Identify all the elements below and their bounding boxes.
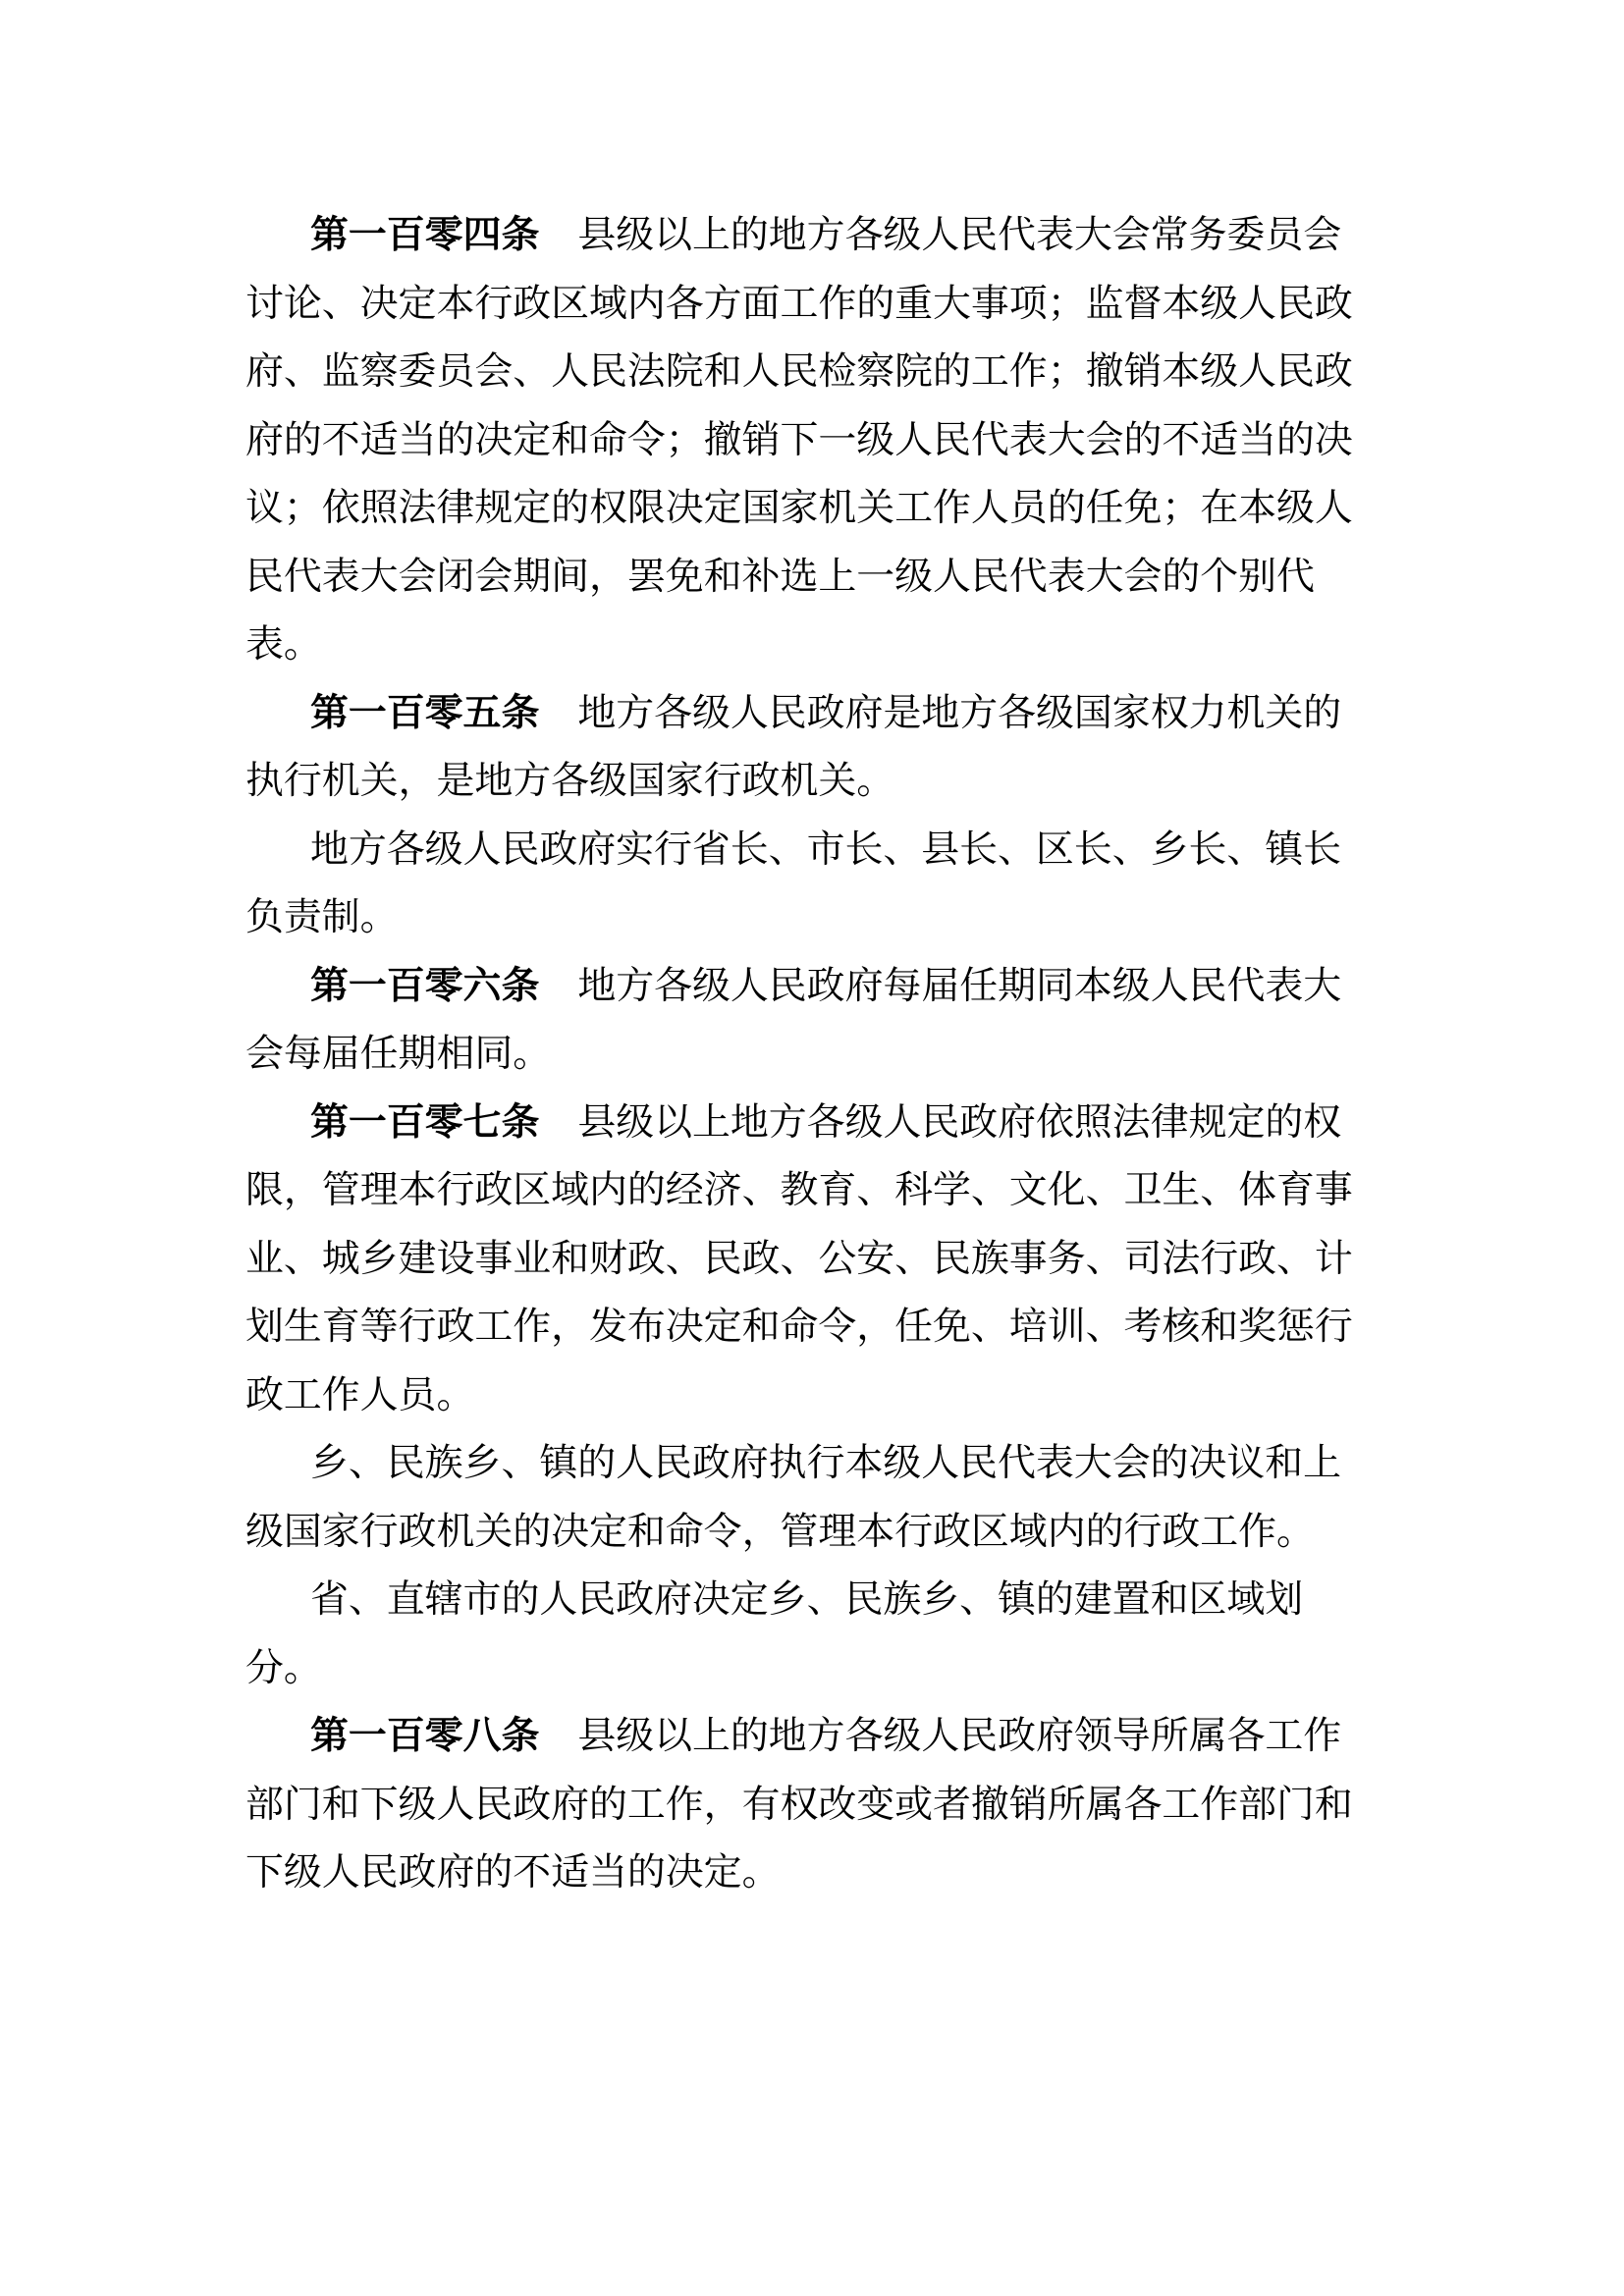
paragraph-first-line: 省、直辖市的人民政府决定乡、民族乡、镇的建置和区域划 — [310, 1566, 1430, 1634]
article-text: 县级以上地方各级人民政府依照法律规定的权 — [577, 1100, 1341, 1145]
article-text-line: 府的不适当的决定和命令；撤销下一级人民代表大会的不适当的决 — [245, 406, 1365, 475]
article-text-line: 业、城乡建设事业和财政、民政、公安、民族事务、司法行政、计 — [245, 1225, 1365, 1294]
article-text-line: 议；依照法律规定的权限决定国家机关工作人员的任免；在本级人 — [245, 474, 1365, 543]
article-text-line: 负责制。 — [245, 883, 1365, 952]
article-104-first-line: 第一百零四条县级以上的地方各级人民代表大会常务委员会 — [310, 201, 1430, 270]
article-108-first-line: 第一百零八条县级以上的地方各级人民政府领导所属各工作 — [310, 1702, 1430, 1771]
article-text-line: 会每届任期相同。 — [245, 1020, 1365, 1089]
paragraph-first-line: 地方各级人民政府实行省长、市长、县长、区长、乡长、镇长 — [310, 816, 1430, 884]
article-text-line: 级国家行政机关的决定和命令，管理本行政区域内的行政工作。 — [245, 1498, 1365, 1567]
article-text-line: 划生育等行政工作，发布决定和命令，任免、培训、考核和奖惩行 — [245, 1293, 1365, 1362]
article-text: 县级以上的地方各级人民政府领导所属各工作 — [577, 1714, 1341, 1758]
article-text: 地方各级人民政府是地方各级国家权力机关的 — [577, 691, 1341, 735]
article-heading: 第一百零六条 — [310, 964, 539, 1008]
article-text-line: 部门和下级人民政府的工作，有权改变或者撤销所属各工作部门和 — [245, 1771, 1365, 1840]
article-text-line: 民代表大会闭会期间，罢免和补选上一级人民代表大会的个别代 — [245, 543, 1365, 612]
article-text-line: 下级人民政府的不适当的决定。 — [245, 1839, 1365, 1907]
article-heading: 第一百零四条 — [310, 213, 539, 257]
article-text: 县级以上的地方各级人民代表大会常务委员会 — [577, 213, 1341, 257]
article-text-line: 执行机关，是地方各级国家行政机关。 — [245, 747, 1365, 816]
article-text-line: 表。 — [245, 611, 1365, 679]
article-105-first-line: 第一百零五条地方各级人民政府是地方各级国家权力机关的 — [310, 679, 1430, 748]
article-heading: 第一百零七条 — [310, 1100, 539, 1145]
document-page: 第一百零四条县级以上的地方各级人民代表大会常务委员会 讨论、决定本行政区域内各方… — [0, 0, 1624, 2296]
paragraph-first-line: 乡、民族乡、镇的人民政府执行本级人民代表大会的决议和上 — [310, 1429, 1430, 1498]
article-106-first-line: 第一百零六条地方各级人民政府每届任期同本级人民代表大 — [310, 952, 1430, 1021]
article-107-first-line: 第一百零七条县级以上地方各级人民政府依照法律规定的权 — [310, 1089, 1430, 1157]
article-text-line: 府、监察委员会、人民法院和人民检察院的工作；撤销本级人民政 — [245, 338, 1365, 406]
article-text-line: 分。 — [245, 1634, 1365, 1703]
article-heading: 第一百零五条 — [310, 691, 539, 735]
article-text: 地方各级人民政府每届任期同本级人民代表大 — [577, 964, 1341, 1008]
article-text-line: 讨论、决定本行政区域内各方面工作的重大事项；监督本级人民政 — [245, 270, 1365, 339]
article-text-line: 政工作人员。 — [245, 1362, 1365, 1430]
article-text-line: 限，管理本行政区域内的经济、教育、科学、文化、卫生、体育事 — [245, 1156, 1365, 1225]
article-heading: 第一百零八条 — [310, 1714, 539, 1758]
